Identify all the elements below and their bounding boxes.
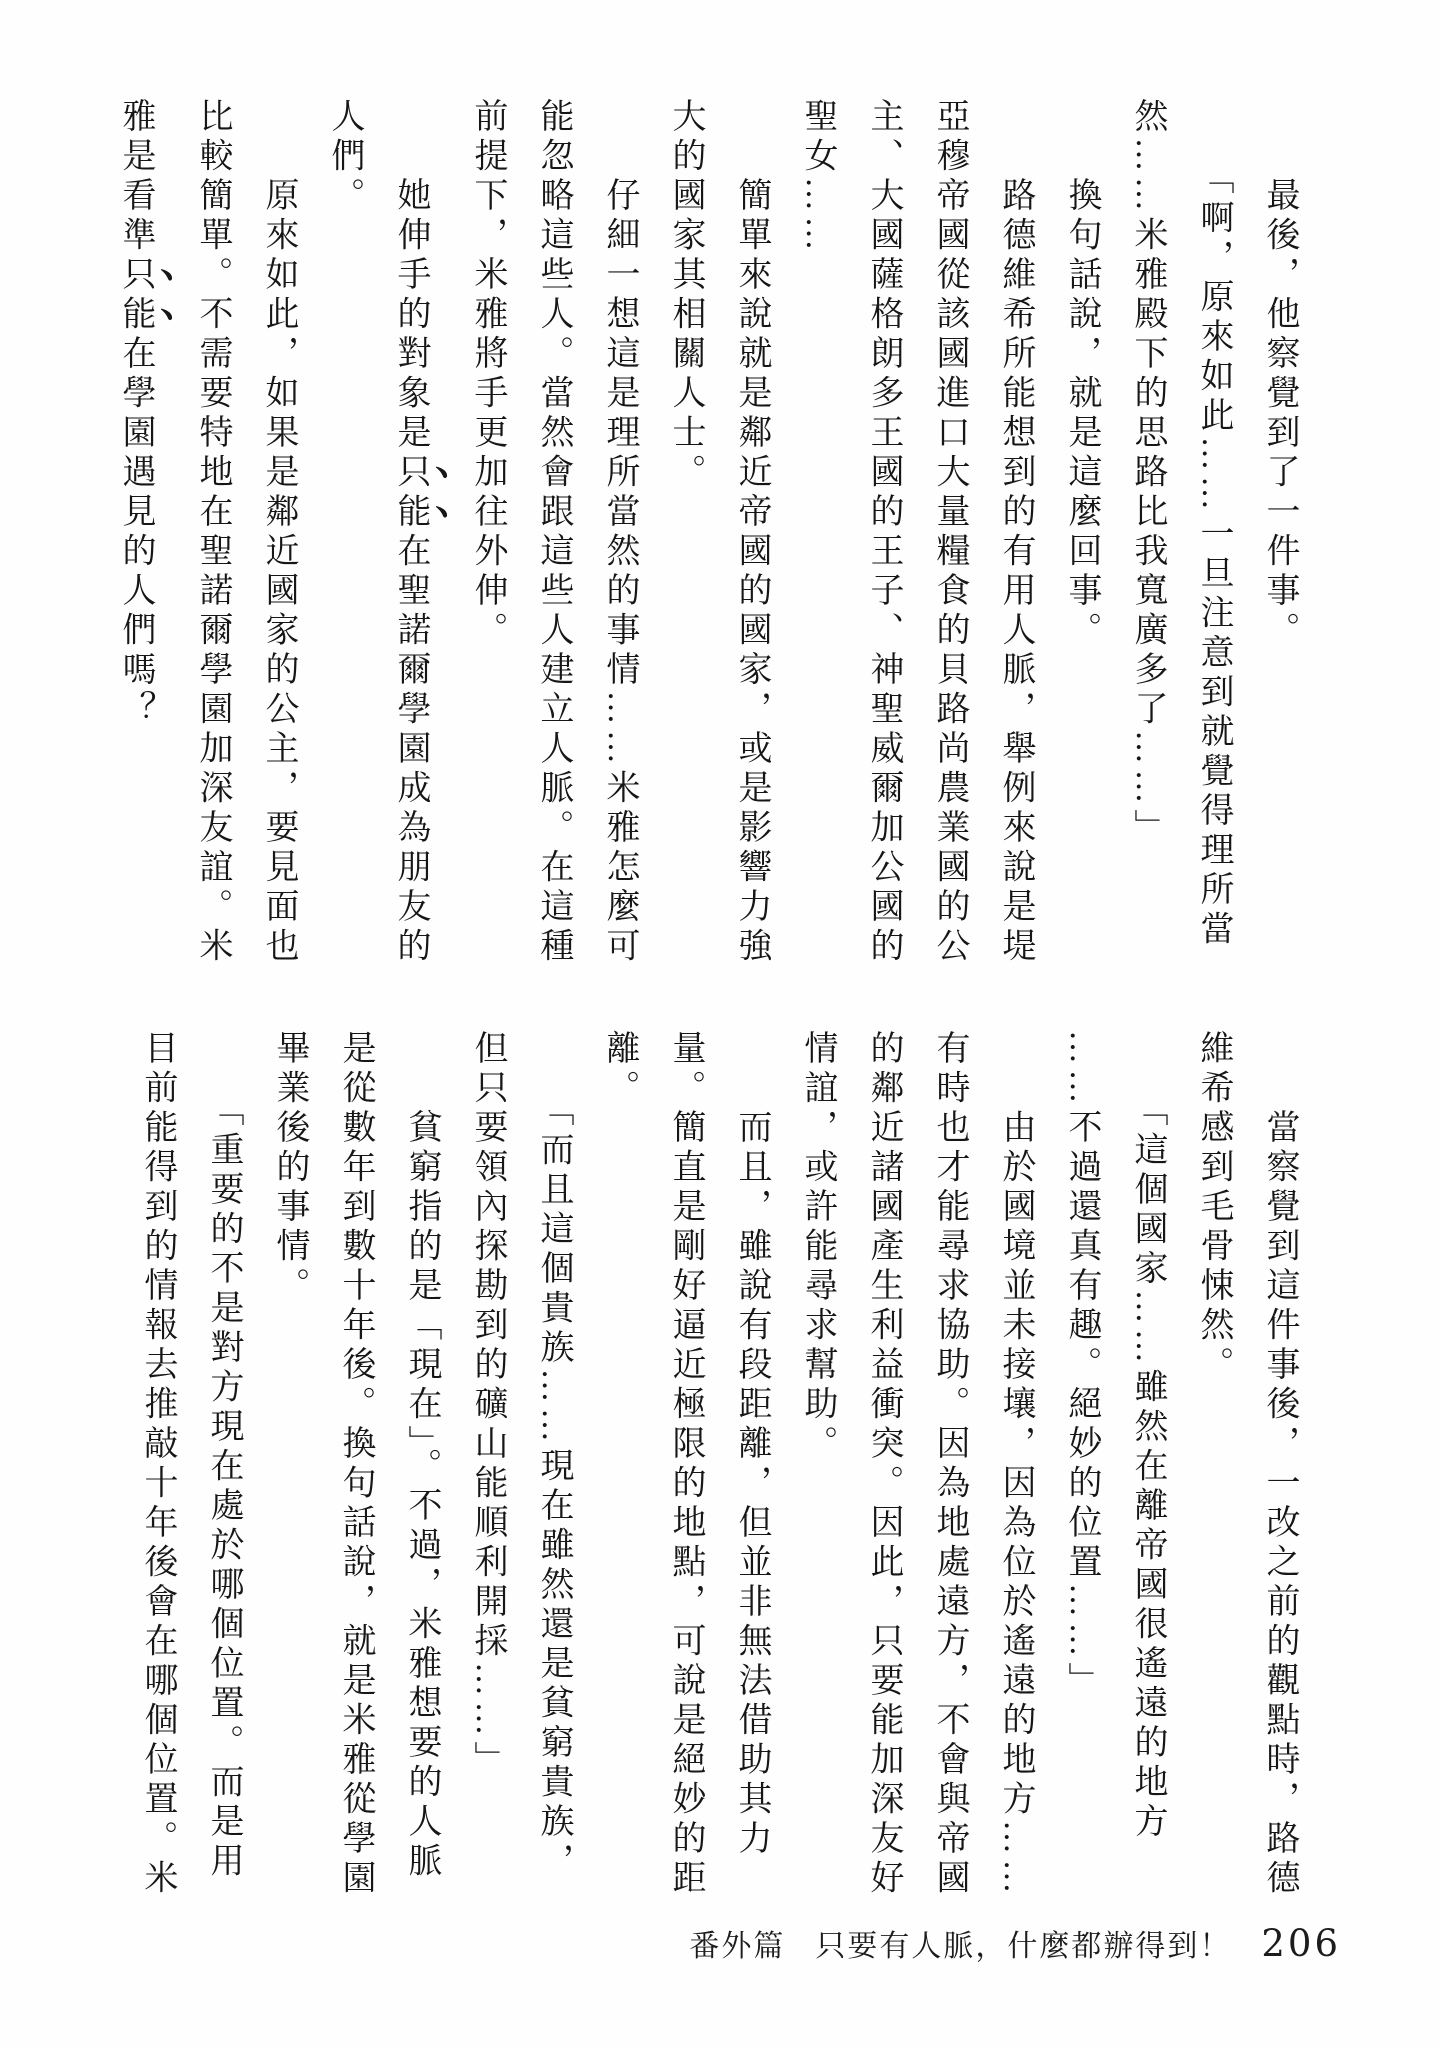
page-number: 206	[1261, 1922, 1341, 1965]
text-column: 人們。	[311, 98, 377, 967]
text-column: 而且，雖說有段距離，但並非無法借助其力	[718, 1030, 784, 1899]
text-column: 的鄰近諸國產生利益衝突。因此，只要能加深友好	[850, 1030, 916, 1899]
emphasized-text: 只能	[117, 256, 154, 335]
emphasized-text: 只能	[392, 454, 429, 533]
text-column: 由於國境並未接壤，因為位於遙遠的地方……	[982, 1030, 1048, 1899]
text-column: 量。簡直是剛好逼近極限的地點，可說是絕妙的距	[652, 1030, 718, 1899]
text-column: 但只要領內探勘到的礦山能順利開採……」	[454, 1030, 520, 1899]
text-column: 當察覺到這件事後，一改之前的觀點時，路德	[1246, 1030, 1312, 1899]
text-column: 畢業後的事情。	[256, 1030, 322, 1899]
text-column: 貧窮指的是「現在」。不過，米雅想要的人脈	[388, 1030, 454, 1899]
text-column: 能忽略這些人。當然會跟這些人建立人脈。在這種	[520, 98, 586, 967]
book-page: 最後，他察覺到了一件事。 「啊，原來如此……一旦注意到就覺得理所當然……米雅殿下…	[0, 0, 1440, 2048]
text-column: 「而且這個貴族……現在雖然還是貧窮貴族，	[520, 1030, 586, 1899]
text-column: 換句話說，就是這麼回事。	[1048, 98, 1114, 967]
text-column: 大的國家其相關人士。	[652, 98, 718, 967]
text-column: 「啊，原來如此……一旦注意到就覺得理所當	[1180, 98, 1246, 967]
text-column: 離。	[586, 1030, 652, 1899]
text-band-bottom: 當察覺到這件事後，一改之前的觀點時，路德維希感到毛骨悚然。 「這個國家……雖然在…	[124, 1030, 1312, 1899]
text-column: 最後，他察覺到了一件事。	[1246, 98, 1312, 967]
text-column: 「重要的不是對方現在處於哪個位置。而是用	[190, 1030, 256, 1899]
text-column: ……不過還真有趣。絕妙的位置……」	[1048, 1030, 1114, 1899]
section-label: 番外篇	[689, 1921, 785, 1965]
text-column: 「這個國家……雖然在離帝國很遙遠的地方	[1114, 1030, 1180, 1899]
text-column: 簡單來說就是鄰近帝國的國家，或是影響力強	[718, 98, 784, 967]
text-column: 亞穆帝國從該國進口大量糧食的貝路尚農業國的公	[916, 98, 982, 967]
text-column: 目前能得到的情報去推敲十年後會在哪個位置。米	[124, 1030, 190, 1899]
text-column: 是從數年到數十年後。換句話說，就是米雅從學園	[322, 1030, 388, 1899]
text-column: 原來如此，如果是鄰近國家的公主，要見面也	[245, 98, 311, 967]
text-column: 有時也才能尋求協助。因為地處遠方，不會與帝國	[916, 1030, 982, 1899]
text-column: 路德維希所能想到的有用人脈，舉例來說是堤	[982, 98, 1048, 967]
page-footer: 番外篇 只要有人脈，什麼都辦得到！ 206	[689, 1921, 1341, 1965]
text-column: 聖女……	[784, 98, 850, 967]
text-column: 主、大國薩格朗多王國的王子、神聖威爾加公國的	[850, 98, 916, 967]
text-column: 情誼，或許能尋求幫助。	[784, 1030, 850, 1899]
text-column: 前提下，米雅將手更加往外伸。	[454, 98, 520, 967]
text-column: 她伸手的對象是只能在聖諾爾學園成為朋友的	[377, 98, 454, 967]
text-column: 仔細一想這是理所當然的事情……米雅怎麼可	[586, 98, 652, 967]
text-band-top: 最後，他察覺到了一件事。 「啊，原來如此……一旦注意到就覺得理所當然……米雅殿下…	[102, 98, 1312, 967]
text-column: 然……米雅殿下的思路比我寬廣多了……」	[1114, 98, 1180, 967]
text-column: 雅是看準只能在學園遇見的人們嗎？	[102, 98, 179, 967]
text-column: 維希感到毛骨悚然。	[1180, 1030, 1246, 1899]
chapter-title: 只要有人脈，什麼都辦得到！	[815, 1921, 1231, 1965]
text-column: 比較簡單。不需要特地在聖諾爾學園加深友誼。米	[179, 98, 245, 967]
